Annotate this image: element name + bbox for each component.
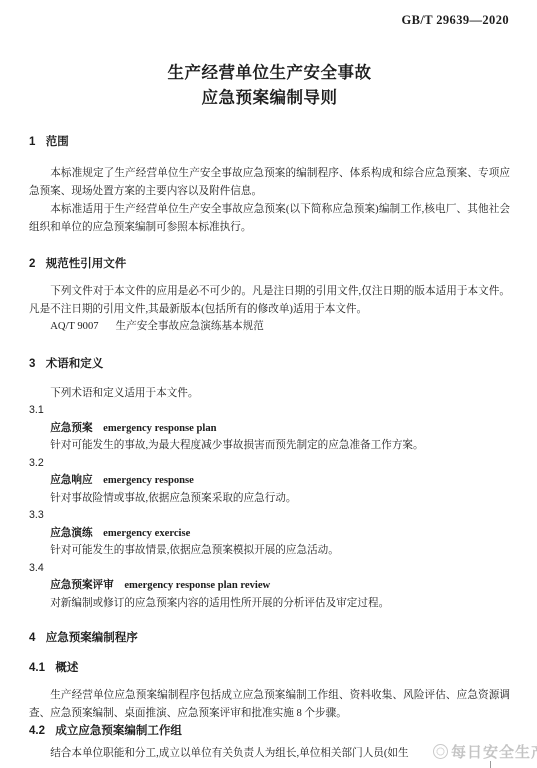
term-definition: 针对事故险情或事故,依据应急预案采取的应急行动。 [29,490,510,508]
terms-list: 3.1 应急预案emergency response plan 针对可能发生的事… [29,402,510,612]
term-en: emergency response [103,475,194,486]
watermark-logo-icon [433,744,448,759]
reference-number: AQ/T 9007 [50,321,98,332]
document-page: GB/T 29639—2020 生产经营单位生产安全事故 应急预案编制导则 1范… [0,0,537,768]
section-title: 规范性引用文件 [46,258,127,270]
scope-paragraph-1: 本标准规定了生产经营单位生产安全事故应急预案的编制程序、体系构成和综合应急预案、… [29,165,510,201]
term-title-line: 应急预案评审emergency response plan review [29,577,510,595]
section-heading-procedure: 4应急预案编制程序 [29,631,510,645]
reference-item: AQ/T 9007生产安全事故应急演练基本规范 [29,318,510,336]
term-number: 3.4 [29,560,510,578]
term-definition: 对新编制或修订的应急预案内容的适用性所开展的分析评估及审定过程。 [29,595,510,613]
term-title-line: 应急演练emergency exercise [29,525,510,543]
watermark-tick-mark [490,761,491,768]
term-title-line: 应急预案emergency response plan [29,420,510,438]
terms-intro: 下列术语和定义适用于本文件。 [29,385,510,403]
term-number: 3.1 [29,402,510,420]
subsection-heading-workgroup: 4.2成立应急预案编制工作组 [29,724,510,738]
overview-paragraph: 生产经营单位应急预案编制程序包括成立应急预案编制工作组、资料收集、风险评估、应急… [29,687,510,722]
term-title-line: 应急响应emergency response [29,472,510,490]
term-number: 3.3 [29,507,510,525]
section-number: 4 [29,632,35,644]
section-title: 范围 [46,136,69,148]
subsection-title: 成立应急预案编制工作组 [55,725,182,737]
subsection-number: 4.1 [29,662,45,674]
scope-paragraph-2: 本标准适用于生产经营单位生产安全事故应急预案(以下简称应急预案)编制工作,核电厂… [29,201,510,237]
section-number: 3 [29,358,35,370]
term-number: 3.2 [29,455,510,473]
watermark: 每日安全生产 [433,741,537,762]
document-title-line2: 应急预案编制导则 [29,86,510,111]
references-paragraph: 下列文件对于本文件的应用是必不可少的。凡是注日期的引用文件,仅注日期的版本适用于… [29,283,510,318]
term-entry: 3.2 应急响应emergency response 针对事故险情或事故,依据应… [29,455,510,508]
document-title-line1: 生产经营单位生产安全事故 [29,61,510,86]
section-number: 2 [29,258,35,270]
term-zh: 应急预案评审 [50,579,114,591]
reference-title: 生产安全事故应急演练基本规范 [116,321,264,332]
term-zh: 应急预案 [50,422,92,434]
section-heading-references: 2规范性引用文件 [29,257,510,271]
term-entry: 3.4 应急预案评审emergency response plan review… [29,560,510,613]
section-number: 1 [29,136,35,148]
subsection-title: 概述 [55,662,78,674]
term-zh: 应急响应 [50,474,92,486]
term-en: emergency response plan [103,423,216,434]
section-heading-terms: 3术语和定义 [29,357,510,371]
section-heading-scope: 1范围 [29,135,510,149]
term-en: emergency exercise [103,528,190,539]
subsection-number: 4.2 [29,725,45,737]
term-definition: 针对可能发生的事故情景,依据应急预案模拟开展的应急活动。 [29,542,510,560]
standard-number: GB/T 29639—2020 [29,0,510,27]
term-zh: 应急演练 [50,527,92,539]
term-en: emergency response plan review [124,580,270,591]
term-definition: 针对可能发生的事故,为最大程度减少事故损害而预先制定的应急准备工作方案。 [29,437,510,455]
watermark-text: 每日安全生产 [451,741,537,762]
section-title: 术语和定义 [46,358,104,370]
document-title: 生产经营单位生产安全事故 应急预案编制导则 [29,61,510,111]
subsection-heading-overview: 4.1概述 [29,661,510,675]
section-title: 应急预案编制程序 [46,632,138,644]
term-entry: 3.3 应急演练emergency exercise 针对可能发生的事故情景,依… [29,507,510,560]
term-entry: 3.1 应急预案emergency response plan 针对可能发生的事… [29,402,510,455]
